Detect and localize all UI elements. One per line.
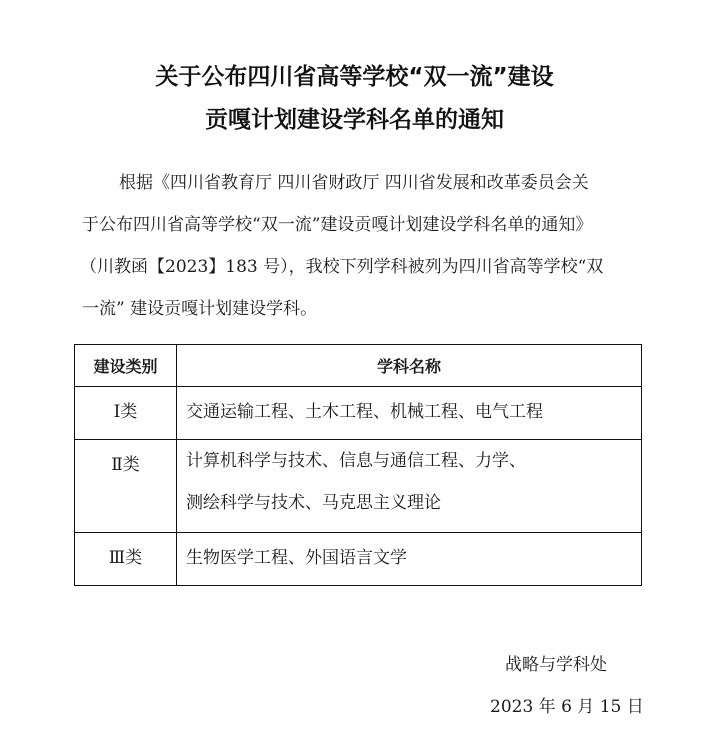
discipline-table: 建设类别 学科名称 Ⅰ类 交通运输工程、土木工程、机械工程、电气工程 Ⅱ类 计算…: [74, 344, 642, 586]
body-line-4: 一流” 建设贡嘎计划建设学科。: [82, 294, 317, 319]
signature-department: 战略与学科处: [505, 650, 607, 675]
header-subject: 学科名称: [177, 345, 642, 387]
signature-date: 2023 年 6 月 15 日: [490, 692, 644, 717]
row-category: Ⅲ类: [75, 533, 177, 586]
row-subjects-line: 测绘科学与技术、马克思主义理论: [186, 482, 641, 524]
table-row: Ⅲ类 生物医学工程、外国语言文学: [75, 533, 642, 586]
row-subjects-line: 计算机科学与技术、信息与通信工程、力学、: [186, 440, 641, 482]
body-line-3: （川教函【2023】183 号），我校下列学科被列为四川省高等学校“双: [80, 252, 603, 277]
document-title-line-1: 关于公布四川省高等学校“双一流”建设: [0, 58, 709, 91]
row-category: Ⅰ类: [75, 387, 177, 440]
body-line-1: 根据《四川省教育厅 四川省财政厅 四川省发展和改革委员会关: [119, 168, 589, 193]
row-subjects: 交通运输工程、土木工程、机械工程、电气工程: [177, 387, 642, 440]
row-subjects: 计算机科学与技术、信息与通信工程、力学、 测绘科学与技术、马克思主义理论: [177, 440, 642, 533]
row-subjects: 生物医学工程、外国语言文学: [177, 533, 642, 586]
table-row: Ⅱ类 计算机科学与技术、信息与通信工程、力学、 测绘科学与技术、马克思主义理论: [75, 440, 642, 533]
table-header-row: 建设类别 学科名称: [75, 345, 642, 387]
header-category: 建设类别: [75, 345, 177, 387]
document-title-line-2: 贡嘎计划建设学科名单的通知: [0, 101, 709, 134]
row-category: Ⅱ类: [75, 440, 177, 533]
table-row: Ⅰ类 交通运输工程、土木工程、机械工程、电气工程: [75, 387, 642, 440]
body-line-2: 于公布四川省高等学校“双一流”建设贡嘎计划建设学科名单的通知》: [82, 210, 592, 235]
